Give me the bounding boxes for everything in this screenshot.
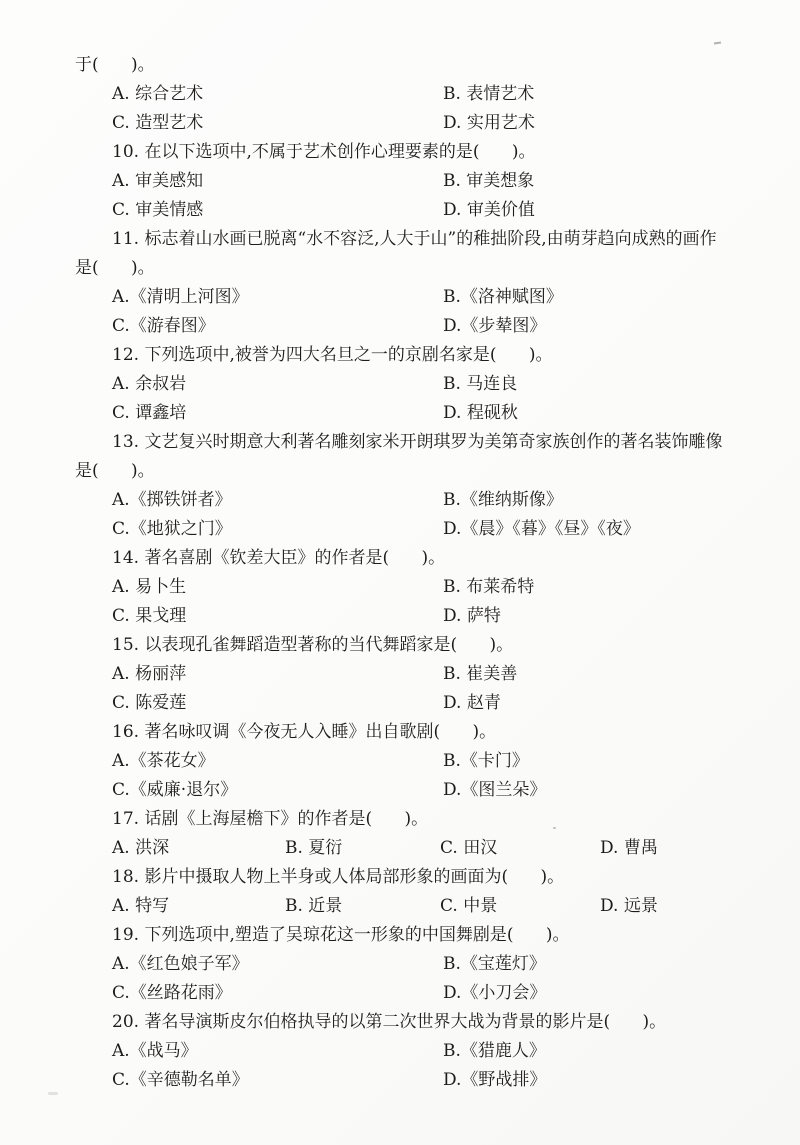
option-d: D. 萨特 xyxy=(443,602,770,631)
option-a: A. 余叔岩 xyxy=(112,370,443,399)
option-b: B. 夏衍 xyxy=(285,834,440,863)
option-d: D. 审美价值 xyxy=(443,196,770,225)
options-row: A. 余叔岩 B. 马连良 xyxy=(75,370,770,399)
option-d: D.《步辇图》 xyxy=(443,312,770,341)
option-c: C. 造型艺术 xyxy=(112,109,443,138)
options-row: A.《茶花女》 B.《卡门》 xyxy=(75,747,770,776)
option-a: A.《清明上河图》 xyxy=(112,283,443,312)
option-d: D. 远景 xyxy=(600,892,770,921)
options-row: A. 特写 B. 近景 C. 中景 D. 远景 xyxy=(75,892,770,921)
option-a: A. 杨丽萍 xyxy=(112,660,443,689)
options-row: A. 审美感知 B. 审美想象 xyxy=(75,167,770,196)
options-row: C. 谭鑫培 D. 程砚秋 xyxy=(75,399,770,428)
options-row: C.《辛德勒名单》 D.《野战排》 xyxy=(75,1066,770,1095)
option-b: B.《洛神赋图》 xyxy=(443,283,770,312)
option-b: B.《卡门》 xyxy=(443,747,770,776)
options-row: C. 审美情感 D. 审美价值 xyxy=(75,196,770,225)
option-b: B. 近景 xyxy=(285,892,440,921)
question-stem: 16. 著名咏叹调《今夜无人入睡》出自歌剧( )。 xyxy=(75,718,770,747)
question-stem: 10. 在以下选项中,不属于艺术创作心理要素的是( )。 xyxy=(75,138,770,167)
question-stem: 18. 影片中摄取人物上半身或人体局部形象的画面为( )。 xyxy=(75,863,770,892)
options-row: A. 综合艺术 B. 表情艺术 xyxy=(75,80,770,109)
question-9-carryover: 于( )。 A. 综合艺术 B. 表情艺术 C. 造型艺术 D. 实用艺术 xyxy=(75,51,770,138)
question-stem-continuation: 是( )。 xyxy=(75,457,770,486)
option-b: B.《宝莲灯》 xyxy=(443,950,770,979)
options-row: A. 易卜生 B. 布莱希特 xyxy=(75,573,770,602)
options-row: C. 果戈理 D. 萨特 xyxy=(75,602,770,631)
option-a: A. 特写 xyxy=(112,892,285,921)
option-c: C. 审美情感 xyxy=(112,196,443,225)
options-row: C.《游春图》 D.《步辇图》 xyxy=(75,312,770,341)
question-15: 15. 以表现孔雀舞蹈造型著称的当代舞蹈家是( )。 A. 杨丽萍 B. 崔美善… xyxy=(75,631,770,718)
option-c: C.《游春图》 xyxy=(112,312,443,341)
option-a: A. 洪深 xyxy=(112,834,285,863)
option-b: B. 马连良 xyxy=(443,370,770,399)
options-row: C.《丝路花雨》 D.《小刀会》 xyxy=(75,979,770,1008)
scan-artifact-dash xyxy=(714,42,721,45)
scan-artifact-smudge xyxy=(48,1092,58,1095)
option-d: D.《晨》《暮》《昼》《夜》 xyxy=(443,515,770,544)
question-stem-tail: 于( )。 xyxy=(75,51,770,80)
option-c: C. 中景 xyxy=(440,892,600,921)
question-stem: 19. 下列选项中,塑造了吴琼花这一形象的中国舞剧是( )。 xyxy=(75,921,770,950)
question-12: 12. 下列选项中,被誉为四大名旦之一的京剧名家是( )。 A. 余叔岩 B. … xyxy=(75,341,770,428)
options-row: A.《掷铁饼者》 B.《维纳斯像》 xyxy=(75,486,770,515)
question-10: 10. 在以下选项中,不属于艺术创作心理要素的是( )。 A. 审美感知 B. … xyxy=(75,138,770,225)
option-c: C. 谭鑫培 xyxy=(112,399,443,428)
options-row: A.《清明上河图》 B.《洛神赋图》 xyxy=(75,283,770,312)
option-c: C. 果戈理 xyxy=(112,602,443,631)
option-a: A. 综合艺术 xyxy=(112,80,443,109)
question-stem: 15. 以表现孔雀舞蹈造型著称的当代舞蹈家是( )。 xyxy=(75,631,770,660)
options-row: A. 洪深 B. 夏衍 C. 田汉 D. 曹禺 xyxy=(75,834,770,863)
option-b: B. 崔美善 xyxy=(443,660,770,689)
question-stem: 12. 下列选项中,被誉为四大名旦之一的京剧名家是( )。 xyxy=(75,341,770,370)
options-row: A.《战马》 B.《猎鹿人》 xyxy=(75,1037,770,1066)
option-b: B.《维纳斯像》 xyxy=(443,486,770,515)
option-a: A.《茶花女》 xyxy=(112,747,443,776)
option-a: A.《红色娘子军》 xyxy=(112,950,443,979)
option-a: A.《掷铁饼者》 xyxy=(112,486,443,515)
question-stem: 13. 文艺复兴时期意大利著名雕刻家米开朗琪罗为美第奇家族创作的著名装饰雕像 xyxy=(75,428,770,457)
option-d: D.《野战排》 xyxy=(443,1066,770,1095)
option-d: D. 赵青 xyxy=(443,689,770,718)
options-row: C. 造型艺术 D. 实用艺术 xyxy=(75,109,770,138)
option-c: C.《辛德勒名单》 xyxy=(112,1066,443,1095)
option-a: A. 易卜生 xyxy=(112,573,443,602)
option-d: D. 实用艺术 xyxy=(443,109,770,138)
question-18: 18. 影片中摄取人物上半身或人体局部形象的画面为( )。 A. 特写 B. 近… xyxy=(75,863,770,921)
option-d: D. 程砚秋 xyxy=(443,399,770,428)
option-b: B.《猎鹿人》 xyxy=(443,1037,770,1066)
option-c: C.《威廉·退尔》 xyxy=(112,776,443,805)
question-11: 11. 标志着山水画已脱离“水不容泛,人大于山”的稚拙阶段,由萌芽趋向成熟的画作… xyxy=(75,225,770,341)
exam-content: 于( )。 A. 综合艺术 B. 表情艺术 C. 造型艺术 D. 实用艺术 10… xyxy=(75,51,770,1095)
options-row: C. 陈爱莲 D. 赵青 xyxy=(75,689,770,718)
option-d: D. 曹禺 xyxy=(600,834,770,863)
option-c: C. 田汉 xyxy=(440,834,600,863)
options-row: A.《红色娘子军》 B.《宝莲灯》 xyxy=(75,950,770,979)
question-14: 14. 著名喜剧《钦差大臣》的作者是( )。 A. 易卜生 B. 布莱希特 C.… xyxy=(75,544,770,631)
options-row: C.《威廉·退尔》 D.《图兰朵》 xyxy=(75,776,770,805)
question-stem: 20. 著名导演斯皮尔伯格执导的以第二次世界大战为背景的影片是( )。 xyxy=(75,1008,770,1037)
option-d: D.《小刀会》 xyxy=(443,979,770,1008)
option-b: B. 表情艺术 xyxy=(443,80,770,109)
question-stem: 11. 标志着山水画已脱离“水不容泛,人大于山”的稚拙阶段,由萌芽趋向成熟的画作 xyxy=(75,225,770,254)
question-stem: 14. 著名喜剧《钦差大臣》的作者是( )。 xyxy=(75,544,770,573)
exam-scan-page: 于( )。 A. 综合艺术 B. 表情艺术 C. 造型艺术 D. 实用艺术 10… xyxy=(0,0,800,1145)
question-stem: 17. 话剧《上海屋檐下》的作者是( )。 xyxy=(75,805,770,834)
question-20: 20. 著名导演斯皮尔伯格执导的以第二次世界大战为背景的影片是( )。 A.《战… xyxy=(75,1008,770,1095)
question-stem-continuation: 是( )。 xyxy=(75,254,770,283)
option-b: B. 审美想象 xyxy=(443,167,770,196)
option-a: A. 审美感知 xyxy=(112,167,443,196)
options-row: C.《地狱之门》 D.《晨》《暮》《昼》《夜》 xyxy=(75,515,770,544)
option-c: C.《地狱之门》 xyxy=(112,515,443,544)
option-c: C.《丝路花雨》 xyxy=(112,979,443,1008)
option-d: D.《图兰朵》 xyxy=(443,776,770,805)
question-17: 17. 话剧《上海屋檐下》的作者是( )。 A. 洪深 B. 夏衍 C. 田汉 … xyxy=(75,805,770,863)
question-16: 16. 著名咏叹调《今夜无人入睡》出自歌剧( )。 A.《茶花女》 B.《卡门》… xyxy=(75,718,770,805)
option-c: C. 陈爱莲 xyxy=(112,689,443,718)
option-a: A.《战马》 xyxy=(112,1037,443,1066)
option-b: B. 布莱希特 xyxy=(443,573,770,602)
question-19: 19. 下列选项中,塑造了吴琼花这一形象的中国舞剧是( )。 A.《红色娘子军》… xyxy=(75,921,770,1008)
question-13: 13. 文艺复兴时期意大利著名雕刻家米开朗琪罗为美第奇家族创作的著名装饰雕像 是… xyxy=(75,428,770,544)
options-row: A. 杨丽萍 B. 崔美善 xyxy=(75,660,770,689)
